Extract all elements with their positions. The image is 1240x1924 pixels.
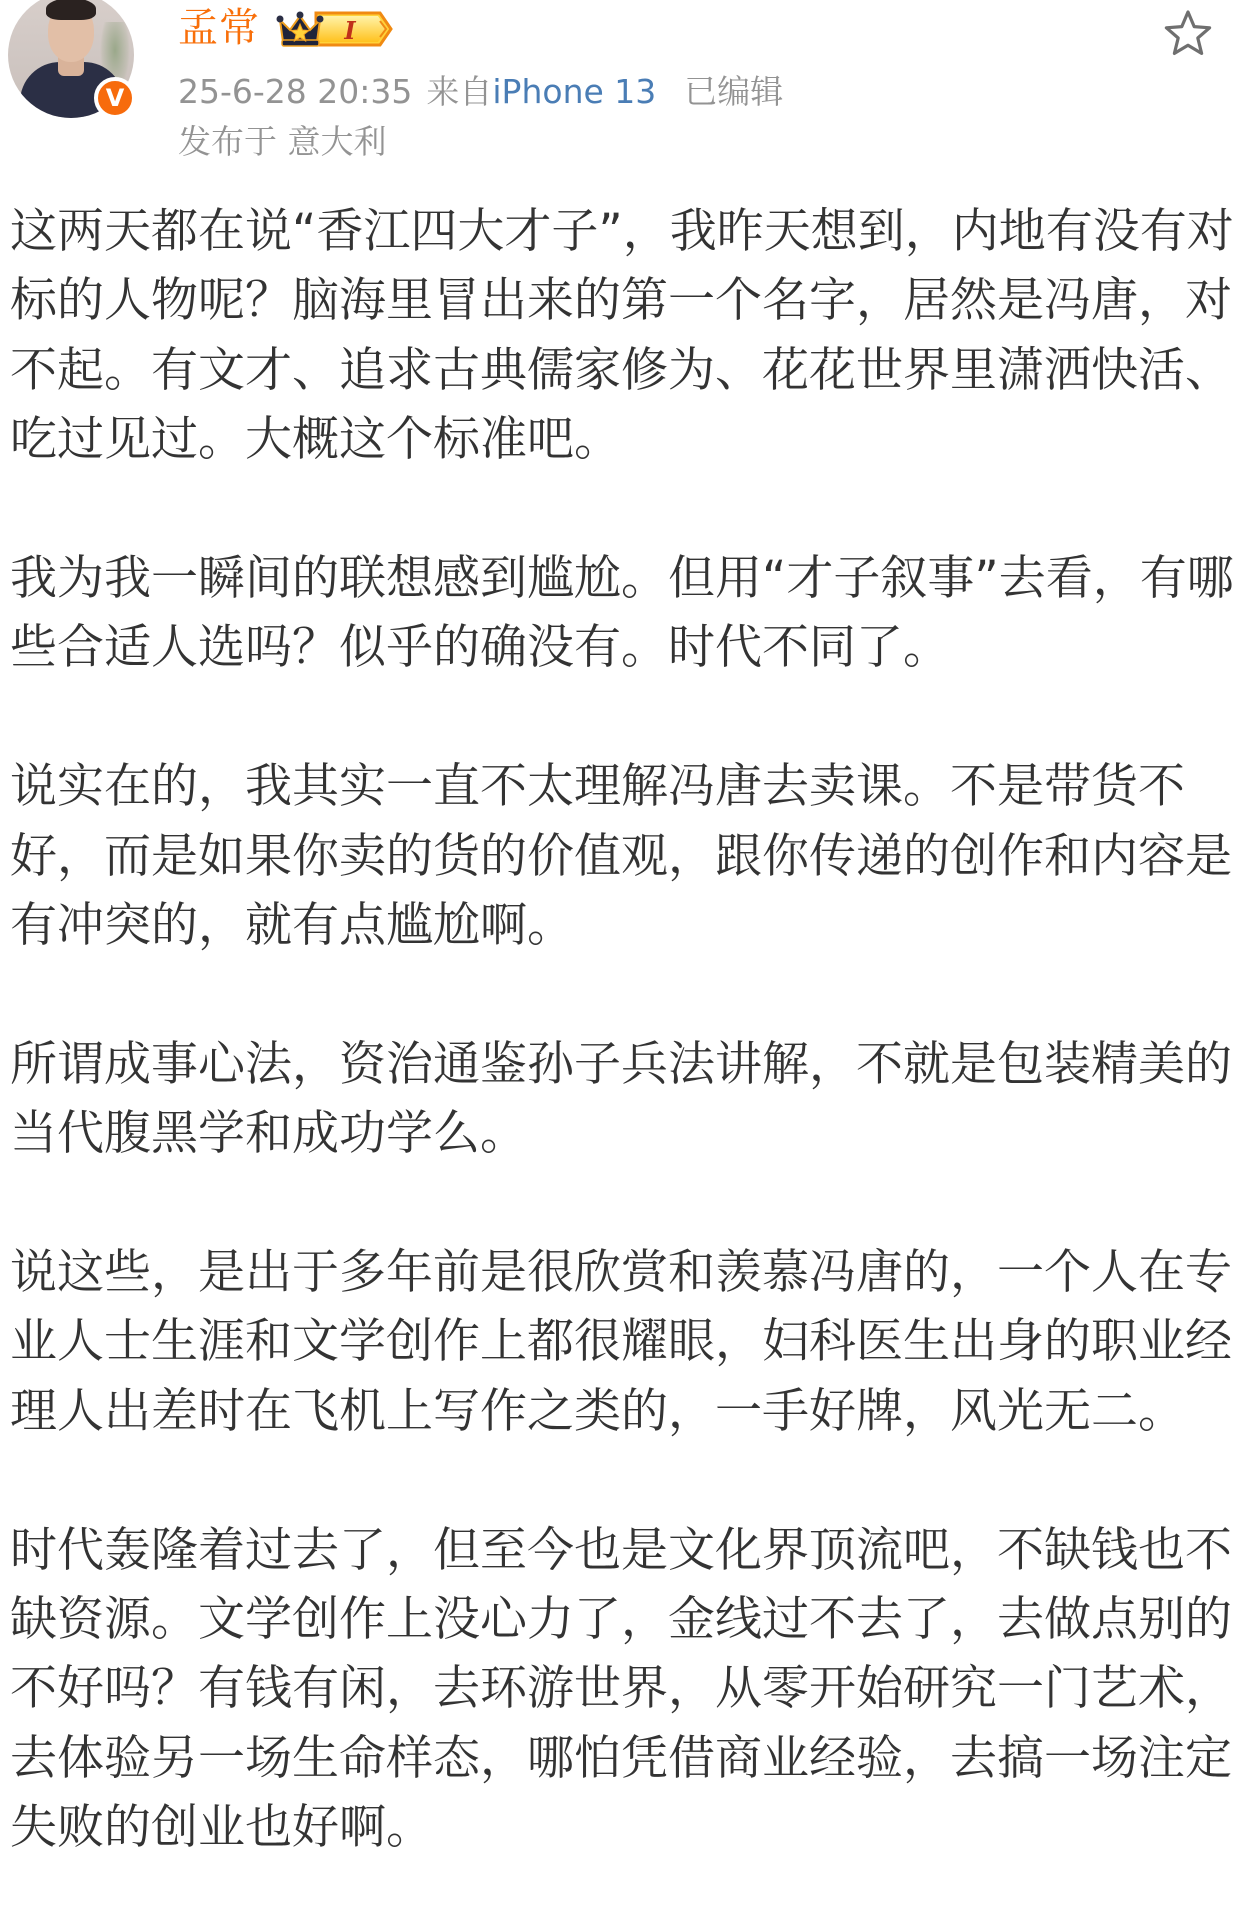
post-header: V 孟常 I 25-6-28 20:35来自iPhone 13已编辑 发布于 意… bbox=[0, 0, 1240, 180]
star-outline-icon[interactable] bbox=[1162, 8, 1214, 60]
post-paragraph: 我为我一瞬间的联想感到尴尬。但用“才子叙事”去看，有哪些合适人选吗？似乎的确没有… bbox=[10, 544, 1238, 683]
edited-label[interactable]: 已编辑 bbox=[684, 72, 783, 111]
source-prefix: 来自 bbox=[426, 72, 492, 111]
crown-membership-badge-icon[interactable]: I bbox=[276, 8, 394, 50]
avatar-figure-hair bbox=[46, 0, 96, 20]
post-body: 这两天都在说“香江四大才子”，我昨天想到，内地有没有对标的人物呢？脑海里冒出来的… bbox=[10, 197, 1238, 1863]
post-meta: 25-6-28 20:35来自iPhone 13已编辑 bbox=[178, 70, 783, 114]
post-paragraph: 这两天都在说“香江四大才子”，我昨天想到，内地有没有对标的人物呢？脑海里冒出来的… bbox=[10, 197, 1238, 475]
post-paragraph: 说实在的，我其实一直不太理解冯唐去卖课。不是带货不好，而是如果你卖的货的价值观，… bbox=[10, 752, 1238, 960]
post-paragraph: 所谓成事心法，资治通鉴孙子兵法讲解，不就是包装精美的当代腹黑学和成功学么。 bbox=[10, 1030, 1238, 1169]
source-device-link[interactable]: iPhone 13 bbox=[492, 72, 656, 111]
svg-text:I: I bbox=[343, 16, 356, 45]
post-location: 发布于 意大利 bbox=[178, 120, 387, 164]
post-paragraph: 说这些，是出于多年前是很欣赏和羡慕冯唐的，一个人在专业人士生涯和文学创作上都很耀… bbox=[10, 1238, 1238, 1446]
post-paragraph: 时代轰隆着过去了，但至今也是文化界顶流吧，不缺钱也不缺资源。文学创作上没心力了，… bbox=[10, 1516, 1238, 1863]
verified-badge-icon: V bbox=[94, 77, 136, 119]
author-name[interactable]: 孟常 bbox=[178, 2, 260, 54]
post-timestamp: 25-6-28 20:35 bbox=[178, 72, 412, 111]
